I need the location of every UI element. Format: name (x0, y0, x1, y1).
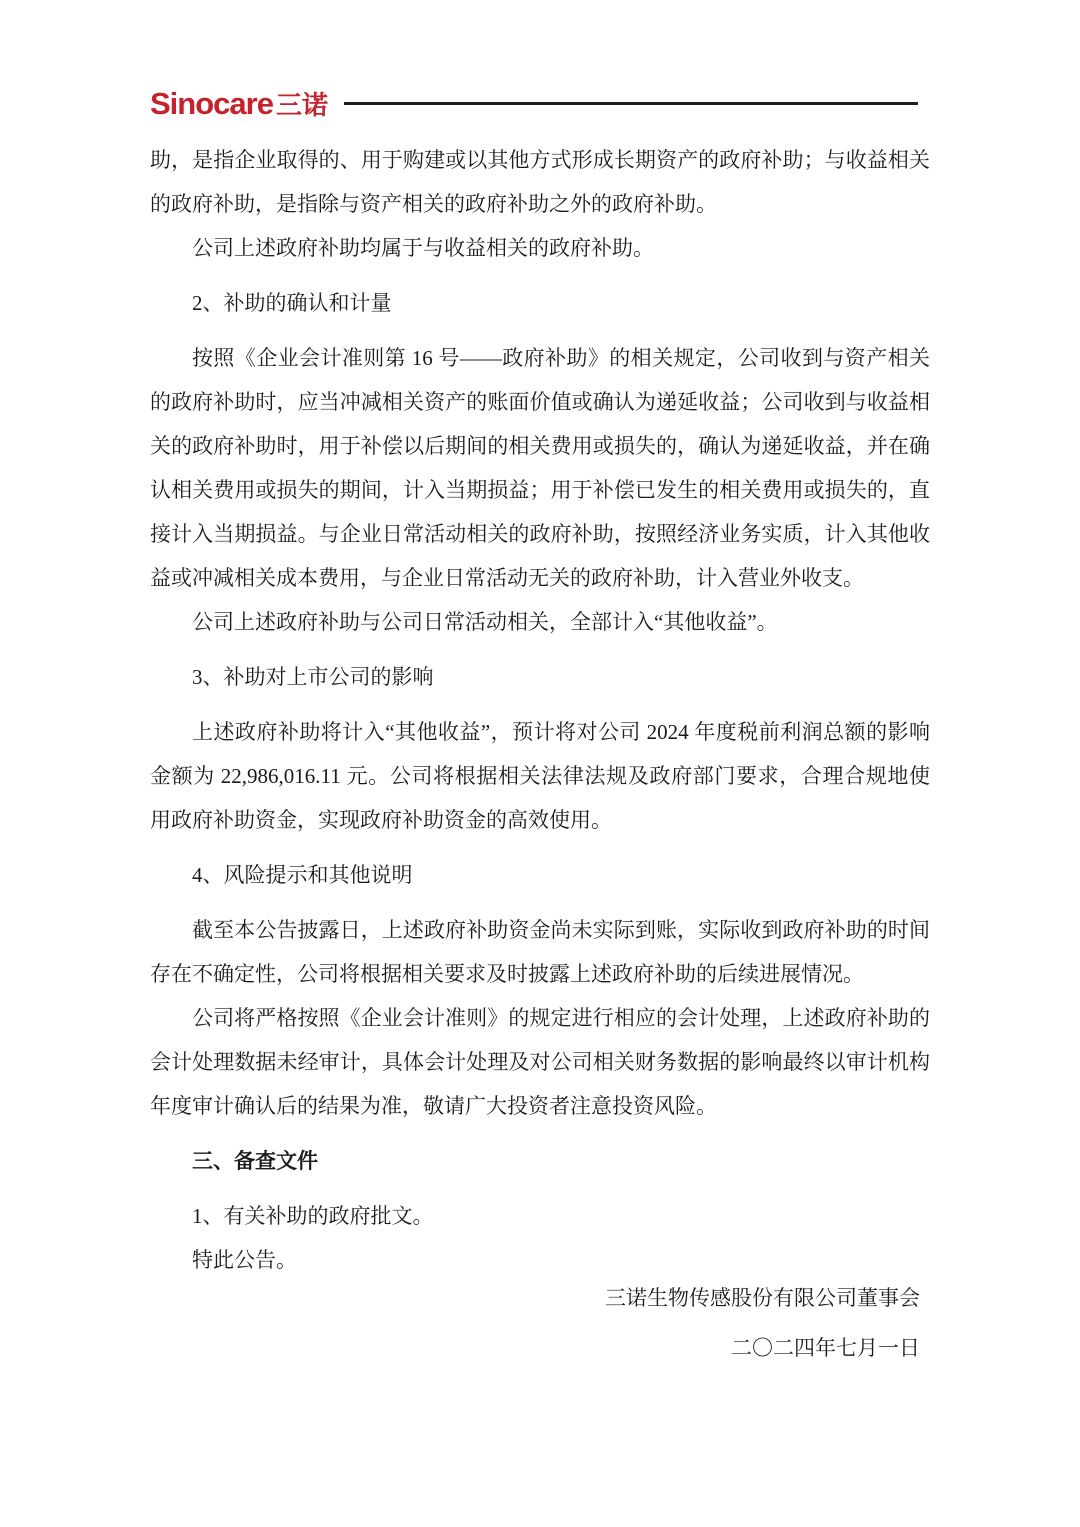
signature-block: 三诺生物传感股份有限公司董事会 二〇二四年七月一日 (150, 1276, 930, 1370)
section-heading-3: 3、补助对上市公司的影响 (150, 655, 930, 699)
sinocare-logo: Sinocare 三诺 (150, 85, 328, 122)
section-heading-2: 2、补助的确认和计量 (150, 281, 930, 325)
signature-date: 二〇二四年七月一日 (150, 1326, 920, 1370)
paragraph: 公司上述政府补助均属于与收益相关的政府补助。 (150, 226, 930, 270)
signature-company: 三诺生物传感股份有限公司董事会 (150, 1276, 920, 1320)
paragraph: 按照《企业会计准则第 16 号——政府补助》的相关规定，公司收到与资产相关的政府… (150, 336, 930, 600)
section-heading-4: 4、风险提示和其他说明 (150, 853, 930, 897)
paragraph-continuation: 助，是指企业取得的、用于购建或以其他方式形成长期资产的政府补助；与收益相关的政府… (150, 138, 930, 226)
paragraph: 公司将严格按照《企业会计准则》的规定进行相应的会计处理，上述政府补助的会计处理数… (150, 996, 930, 1128)
paragraph: 上述政府补助将计入“其他收益”，预计将对公司 2024 年度税前利润总额的影响金… (150, 710, 930, 842)
logo-text-latin: Sinocare (150, 86, 273, 122)
header-rule (344, 102, 918, 105)
document-page: Sinocare 三诺 助，是指企业取得的、用于购建或以其他方式形成长期资产的政… (0, 0, 1080, 1527)
document-body: 助，是指企业取得的、用于购建或以其他方式形成长期资产的政府补助；与收益相关的政府… (150, 138, 930, 1282)
logo-text-cjk: 三诺 (276, 85, 328, 122)
paragraph: 公司上述政府补助与公司日常活动相关，全部计入“其他收益”。 (150, 600, 930, 644)
paragraph: 截至本公告披露日，上述政府补助资金尚未实际到账，实际收到政府补助的时间存在不确定… (150, 908, 930, 996)
paragraph: 1、有关补助的政府批文。 (150, 1194, 930, 1238)
page-header: Sinocare 三诺 (150, 86, 930, 120)
section-heading-reference-docs: 三、备查文件 (150, 1139, 930, 1183)
